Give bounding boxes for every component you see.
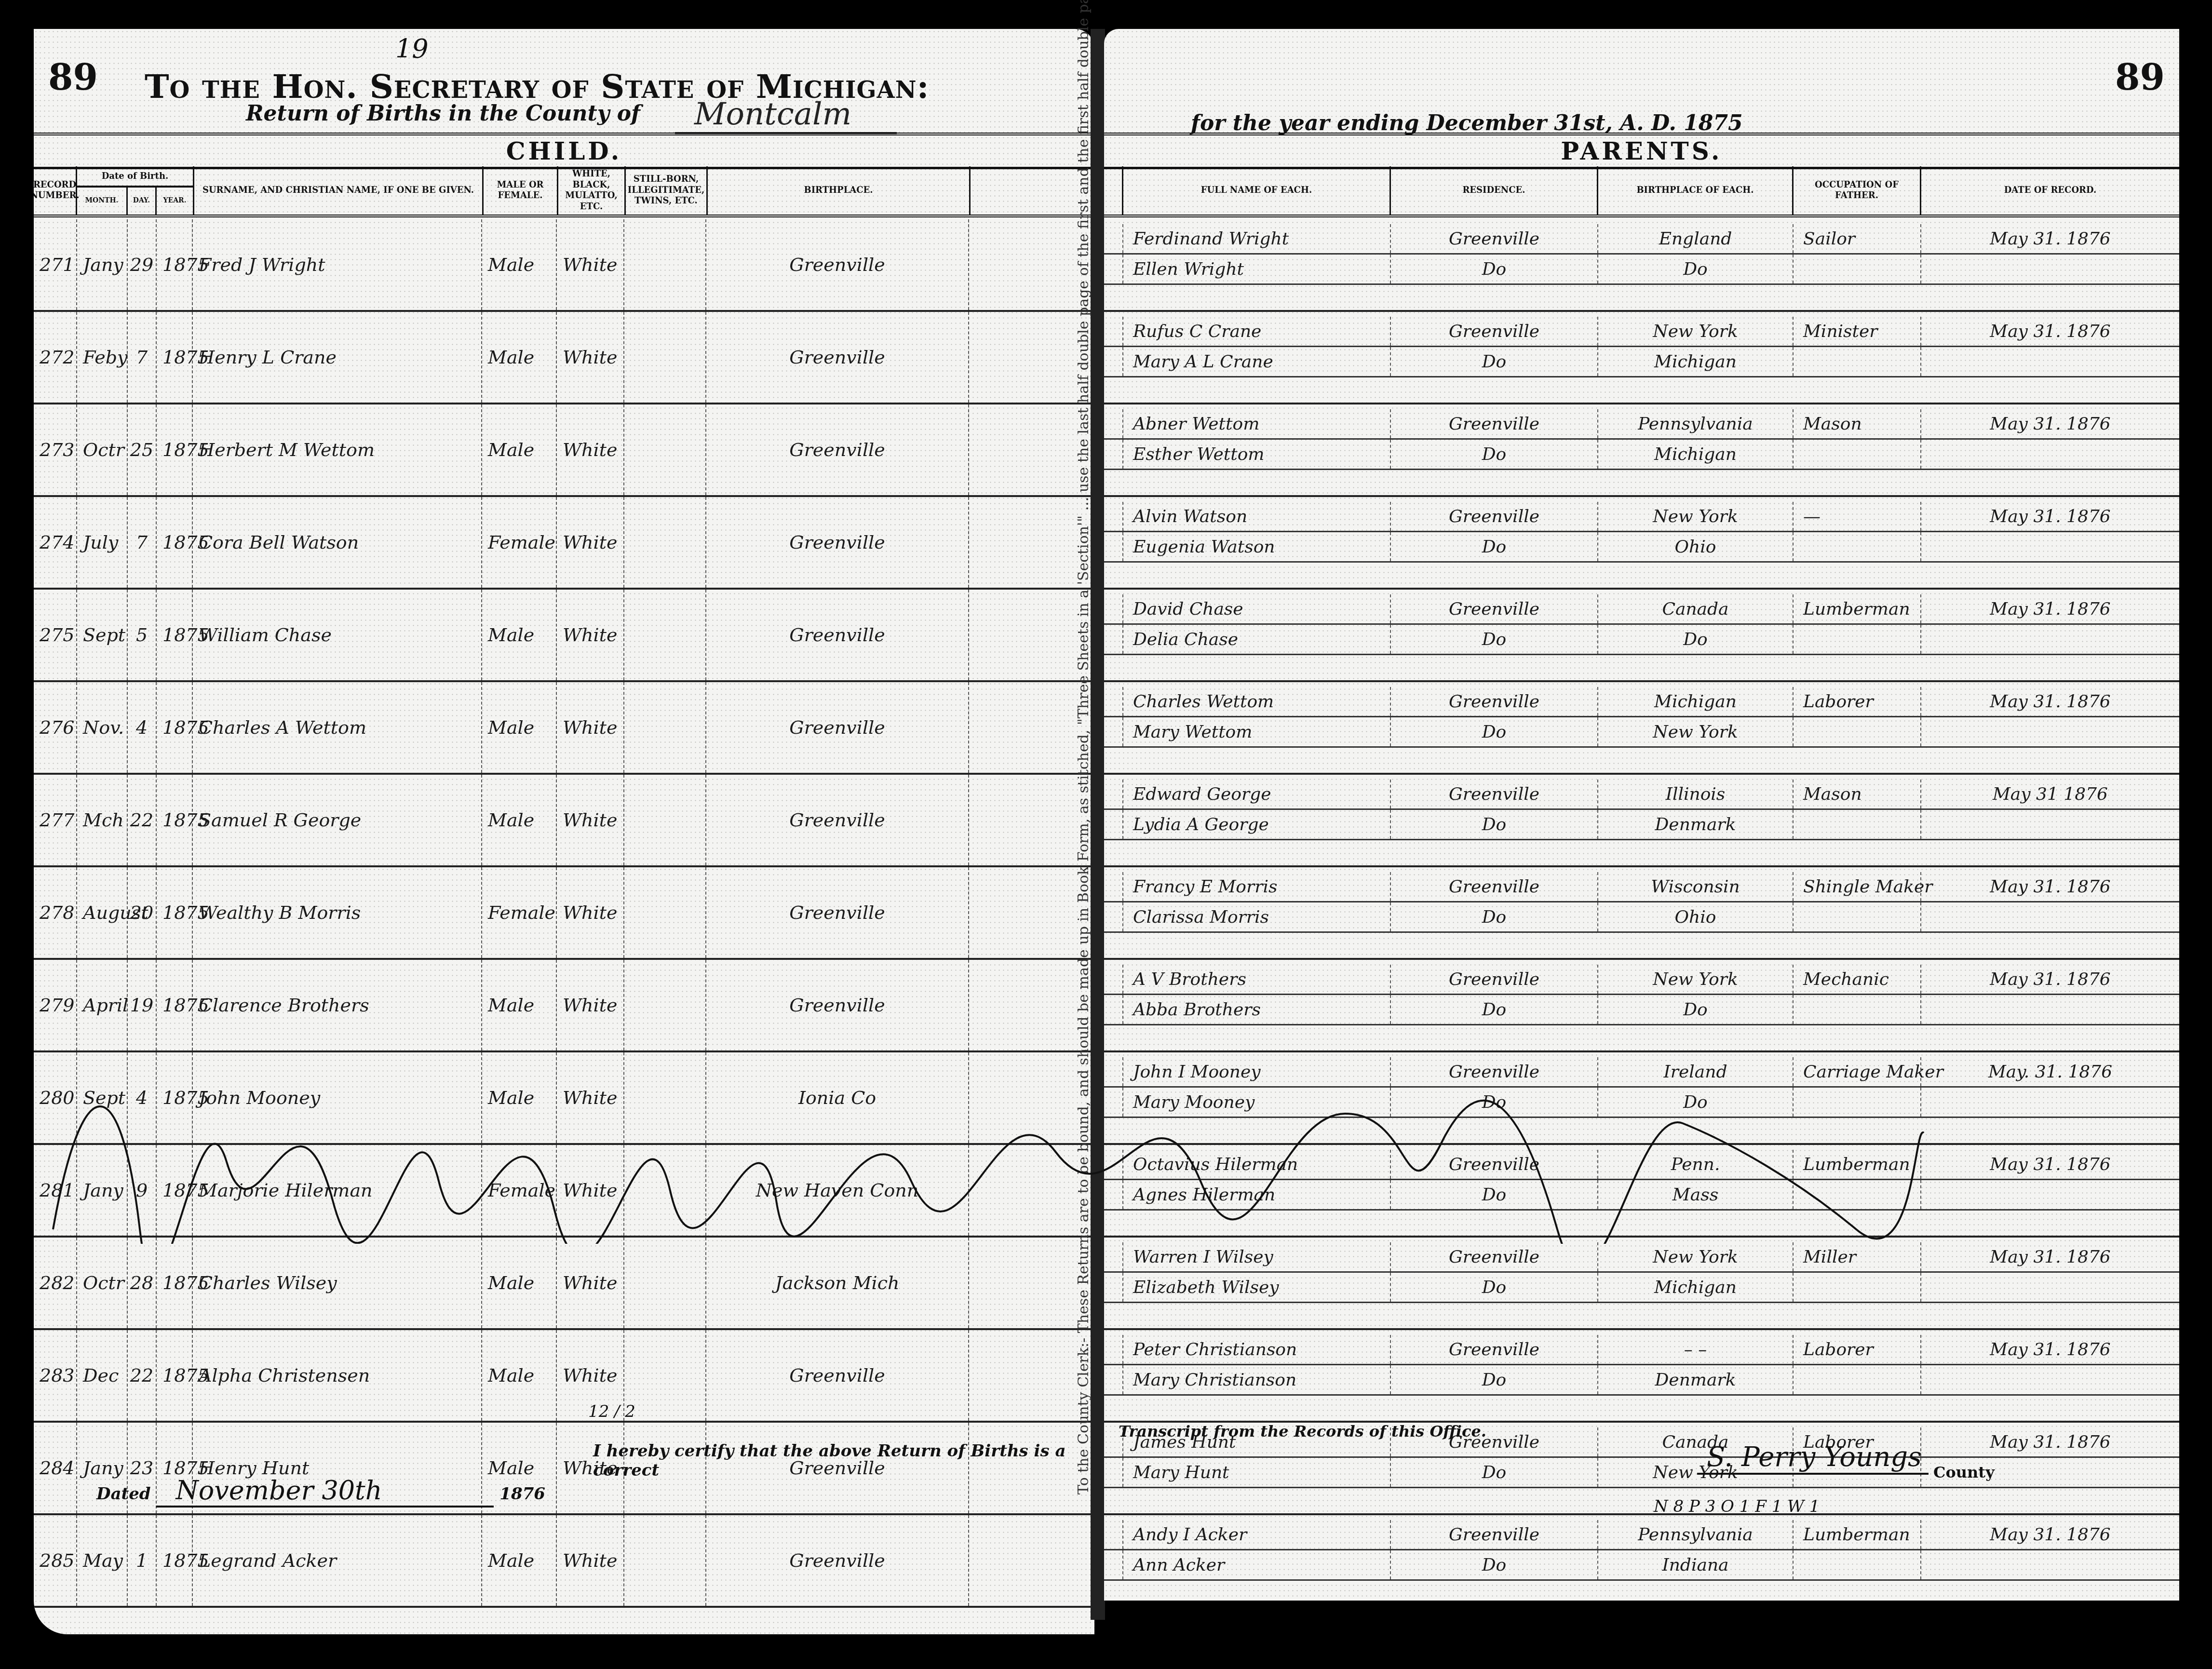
race: White bbox=[557, 312, 624, 403]
child-birthplace: Greenville bbox=[706, 867, 969, 958]
sex: Male bbox=[482, 775, 557, 865]
father-occupation: Lumberman bbox=[1794, 1150, 1921, 1179]
record-number: 284 bbox=[34, 1423, 77, 1513]
mother-name: Mary A L Crane bbox=[1123, 347, 1391, 376]
father-residence: Greenville bbox=[1391, 1150, 1598, 1179]
mother-line: Mary ChristiansonDoDenmark bbox=[1104, 1365, 2179, 1396]
birth-year: 1875 bbox=[157, 682, 193, 773]
parents-section-header: PARENTS. bbox=[1104, 133, 2179, 169]
col-race: White, Black, Mulatto, Etc. bbox=[558, 166, 626, 215]
status bbox=[624, 219, 706, 310]
date-of-record: May 31. 1876 bbox=[1921, 965, 2179, 994]
child-birthplace: Ionia Co bbox=[706, 1052, 969, 1143]
father-residence: Greenville bbox=[1391, 872, 1598, 901]
father-name: Peter Christianson bbox=[1123, 1335, 1391, 1364]
child-birthplace: Greenville bbox=[706, 682, 969, 773]
record-number: 274 bbox=[34, 497, 77, 588]
birth-month: Octr bbox=[77, 404, 128, 495]
child-name: Charles Wilsey bbox=[193, 1238, 482, 1328]
dated-value: November 30th bbox=[156, 1475, 494, 1507]
father-line: Charles WettomGreenvilleMichiganLaborerM… bbox=[1104, 687, 2179, 717]
sex: Male bbox=[482, 312, 557, 403]
record-number: 275 bbox=[34, 590, 77, 680]
col-surname: Surname, and Christian name, if one be g… bbox=[194, 166, 484, 215]
col-parent-name: Full Name of Each. bbox=[1123, 166, 1391, 215]
parent-record-row: Octavius HilermanGreenvillePenn.Lumberma… bbox=[1104, 1145, 2179, 1238]
father-name: A V Brothers bbox=[1123, 965, 1391, 994]
mother-line: Elizabeth WilseyDoMichigan bbox=[1104, 1273, 2179, 1303]
mother-line: Ellen WrightDoDo bbox=[1104, 255, 2179, 285]
col-date-of-record: Date of Record. bbox=[1921, 166, 2179, 215]
status bbox=[624, 590, 706, 680]
sex: Male bbox=[482, 1238, 557, 1328]
race: White bbox=[557, 775, 624, 865]
mother-residence: Do bbox=[1391, 347, 1598, 376]
father-occupation: Carriage Maker bbox=[1794, 1057, 1921, 1086]
child-record-row: 275Sept51875William ChaseMaleWhiteGreenv… bbox=[34, 590, 1094, 682]
date-of-record: May 31. 1876 bbox=[1921, 1242, 2179, 1271]
father-name: John I Mooney bbox=[1123, 1057, 1391, 1086]
col-birthplace: Birthplace. bbox=[708, 166, 971, 215]
record-number: 283 bbox=[34, 1330, 77, 1421]
father-name: Charles Wettom bbox=[1123, 687, 1391, 716]
birth-day: 29 bbox=[128, 219, 157, 310]
birth-day: 22 bbox=[128, 775, 157, 865]
mother-residence: Do bbox=[1391, 810, 1598, 839]
child-name: Marjorie Hilerman bbox=[193, 1145, 482, 1236]
handwritten-page-mark: 19 bbox=[395, 34, 429, 64]
father-birthplace: England bbox=[1598, 224, 1794, 253]
father-birthplace: New York bbox=[1598, 317, 1794, 346]
birth-day: 28 bbox=[128, 1238, 157, 1328]
father-occupation: Sailor bbox=[1794, 224, 1921, 253]
father-birthplace: New York bbox=[1598, 502, 1794, 531]
col-occupation: Occupation of Father. bbox=[1794, 166, 1921, 215]
dated-year: 1876 bbox=[499, 1484, 545, 1504]
father-birthplace: Pennsylvania bbox=[1598, 409, 1794, 438]
birth-day: 25 bbox=[128, 404, 157, 495]
child-record-row: 279April191875Clarence BrothersMaleWhite… bbox=[34, 960, 1094, 1052]
status bbox=[624, 1515, 706, 1606]
father-line: Andy I AckerGreenvillePennsylvaniaLumber… bbox=[1104, 1520, 2179, 1550]
mother-birthplace: Ohio bbox=[1598, 902, 1794, 931]
birth-year: 1875 bbox=[157, 497, 193, 588]
father-line: Ferdinand WrightGreenvilleEnglandSailorM… bbox=[1104, 224, 2179, 255]
status bbox=[624, 497, 706, 588]
col-year: Year. bbox=[157, 188, 193, 215]
father-line: John I MooneyGreenvilleIrelandCarriage M… bbox=[1104, 1057, 2179, 1088]
father-birthplace: New York bbox=[1598, 965, 1794, 994]
father-birthplace: Wisconsin bbox=[1598, 872, 1794, 901]
birth-month: Jany bbox=[77, 219, 128, 310]
child-record-row: 272Feby71875Henry L CraneMaleWhiteGreenv… bbox=[34, 312, 1094, 404]
child-record-row: 283Dec221875Alpha ChristensenMaleWhiteGr… bbox=[34, 1330, 1094, 1423]
father-line: Abner WettomGreenvillePennsylvaniaMasonM… bbox=[1104, 409, 2179, 440]
child-birthplace: Greenville bbox=[706, 219, 969, 310]
certify-text: I hereby certify that the above Return o… bbox=[593, 1441, 1094, 1480]
child-name: John Mooney bbox=[193, 1052, 482, 1143]
child-birthplace: Greenville bbox=[706, 590, 969, 680]
father-occupation: Laborer bbox=[1794, 687, 1921, 716]
race: White bbox=[557, 960, 624, 1050]
father-name: Warren I Wilsey bbox=[1123, 1242, 1391, 1271]
record-number: 277 bbox=[34, 775, 77, 865]
birth-month: May bbox=[77, 1515, 128, 1606]
child-birthplace: Jackson Mich bbox=[706, 1238, 969, 1328]
status bbox=[624, 682, 706, 773]
status bbox=[624, 1052, 706, 1143]
year-ending-line: for the year ending December 31st, A. D.… bbox=[1191, 111, 1743, 135]
child-birthplace: Greenville bbox=[706, 497, 969, 588]
sex: Male bbox=[482, 219, 557, 310]
father-occupation: Mason bbox=[1794, 409, 1921, 438]
mother-residence: Do bbox=[1391, 532, 1598, 561]
child-name: Fred J Wright bbox=[193, 219, 482, 310]
father-name: Andy I Acker bbox=[1123, 1520, 1391, 1549]
parent-record-row: Alvin WatsonGreenvilleNew York—May 31. 1… bbox=[1104, 497, 2179, 590]
child-record-row: 285May11875Legrand AckerMaleWhiteGreenvi… bbox=[34, 1515, 1094, 1608]
child-birthplace: Greenville bbox=[706, 1515, 969, 1606]
birth-day: 19 bbox=[128, 960, 157, 1050]
father-name: Alvin Watson bbox=[1123, 502, 1391, 531]
dated-line: Dated November 30th 1876 bbox=[96, 1475, 545, 1507]
parent-record-row: Warren I WilseyGreenvilleNew YorkMillerM… bbox=[1104, 1238, 2179, 1330]
race: White bbox=[557, 1145, 624, 1236]
parent-record-row: Francy E MorrisGreenvilleWisconsinShingl… bbox=[1104, 867, 2179, 960]
record-number: 280 bbox=[34, 1052, 77, 1143]
sex: Female bbox=[482, 497, 557, 588]
mother-birthplace: Michigan bbox=[1598, 347, 1794, 376]
father-occupation: Lumberman bbox=[1794, 1520, 1921, 1549]
birth-month: July bbox=[77, 497, 128, 588]
col-residence: Residence. bbox=[1391, 166, 1598, 215]
birth-day: 4 bbox=[128, 682, 157, 773]
mother-name: Agnes Hilerman bbox=[1123, 1180, 1391, 1209]
col-day: Day. bbox=[128, 188, 157, 215]
mother-line: Ann AckerDoIndiana bbox=[1104, 1550, 2179, 1581]
race: White bbox=[557, 219, 624, 310]
race: White bbox=[557, 1238, 624, 1328]
sex: Male bbox=[482, 1052, 557, 1143]
father-residence: Greenville bbox=[1391, 1242, 1598, 1271]
record-number: 285 bbox=[34, 1515, 77, 1606]
mother-name: Mary Christianson bbox=[1123, 1365, 1391, 1394]
mother-line: Mary HuntDoNew York bbox=[1104, 1458, 2179, 1488]
father-residence: Greenville bbox=[1391, 594, 1598, 623]
record-number: 281 bbox=[34, 1145, 77, 1236]
father-birthplace: New York bbox=[1598, 1242, 1794, 1271]
child-record-row: 281Jany91875Marjorie HilermanFemaleWhite… bbox=[34, 1145, 1094, 1238]
mother-name: Mary Wettom bbox=[1123, 717, 1391, 746]
child-name: Legrand Acker bbox=[193, 1515, 482, 1606]
mother-birthplace: New York bbox=[1598, 717, 1794, 746]
mother-line: Clarissa MorrisDoOhio bbox=[1104, 902, 2179, 933]
birth-year: 1875 bbox=[157, 404, 193, 495]
mother-residence: Do bbox=[1391, 1550, 1598, 1579]
race: White bbox=[557, 867, 624, 958]
father-occupation: Mechanic bbox=[1794, 965, 1921, 994]
status bbox=[624, 960, 706, 1050]
child-record-row: 280Sept41875John MooneyMaleWhiteIonia Co bbox=[34, 1052, 1094, 1145]
child-name: Herbert M Wettom bbox=[193, 404, 482, 495]
date-of-record: May 31. 1876 bbox=[1921, 502, 2179, 531]
record-number: 278 bbox=[34, 867, 77, 958]
mother-birthplace: Indiana bbox=[1598, 1550, 1794, 1579]
mother-line: Lydia A GeorgeDoDenmark bbox=[1104, 810, 2179, 840]
date-of-record: May 31. 1876 bbox=[1921, 224, 2179, 253]
mother-name: Abba Brothers bbox=[1123, 995, 1391, 1024]
birth-month: Sept bbox=[77, 590, 128, 680]
county-label: County bbox=[1933, 1463, 1995, 1481]
child-record-row: 277Mch221875Samuel R GeorgeMaleWhiteGree… bbox=[34, 775, 1094, 867]
child-name: Cora Bell Watson bbox=[193, 497, 482, 588]
date-of-record: May. 31. 1876 bbox=[1921, 1057, 2179, 1086]
birth-month: Sept bbox=[77, 1052, 128, 1143]
record-number: 272 bbox=[34, 312, 77, 403]
mother-name: Mary Mooney bbox=[1123, 1088, 1391, 1117]
mother-line: Eugenia WatsonDoOhio bbox=[1104, 532, 2179, 563]
record-number: 279 bbox=[34, 960, 77, 1050]
child-name: Alpha Christensen bbox=[193, 1330, 482, 1421]
mother-birthplace: Do bbox=[1598, 995, 1794, 1024]
child-rows: 271Jany291875Fred J WrightMaleWhiteGreen… bbox=[34, 219, 1094, 1608]
mother-birthplace: Mass bbox=[1598, 1180, 1794, 1209]
child-record-row: 271Jany291875Fred J WrightMaleWhiteGreen… bbox=[34, 219, 1094, 312]
race: White bbox=[557, 682, 624, 773]
father-name: Abner Wettom bbox=[1123, 409, 1391, 438]
child-name: William Chase bbox=[193, 590, 482, 680]
race: White bbox=[557, 590, 624, 680]
mother-line: Mary A L CraneDoMichigan bbox=[1104, 347, 2179, 377]
mother-residence: Do bbox=[1391, 995, 1598, 1024]
birth-day: 7 bbox=[128, 497, 157, 588]
mother-line: Delia ChaseDoDo bbox=[1104, 625, 2179, 655]
mother-name: Ellen Wright bbox=[1123, 255, 1391, 283]
date-of-record: May 31. 1876 bbox=[1921, 1520, 2179, 1549]
right-tally: N 8 P 3 O 1 F 1 W 1 bbox=[1654, 1497, 1820, 1516]
record-number: 282 bbox=[34, 1238, 77, 1328]
father-occupation: — bbox=[1794, 502, 1921, 531]
father-line: Alvin WatsonGreenvilleNew York—May 31. 1… bbox=[1104, 502, 2179, 532]
birth-month: August bbox=[77, 867, 128, 958]
mother-residence: Do bbox=[1391, 902, 1598, 931]
child-birthplace: Greenville bbox=[706, 1330, 969, 1421]
mother-name: Eugenia Watson bbox=[1123, 532, 1391, 561]
parent-record-row: Peter ChristiansonGreenville– –LaborerMa… bbox=[1104, 1330, 2179, 1423]
date-of-record: May 31. 1876 bbox=[1921, 594, 2179, 623]
mother-residence: Do bbox=[1391, 1088, 1598, 1117]
father-birthplace: Michigan bbox=[1598, 687, 1794, 716]
sex: Male bbox=[482, 590, 557, 680]
record-number: 273 bbox=[34, 404, 77, 495]
father-occupation: Miller bbox=[1794, 1242, 1921, 1271]
father-line: David ChaseGreenvilleCanadaLumbermanMay … bbox=[1104, 594, 2179, 625]
mother-birthplace: Do bbox=[1598, 1088, 1794, 1117]
father-residence: Greenville bbox=[1391, 409, 1598, 438]
father-birthplace: Ireland bbox=[1598, 1057, 1794, 1086]
date-of-record: May 31. 1876 bbox=[1921, 872, 2179, 901]
father-line: Rufus C CraneGreenvilleNew YorkMinisterM… bbox=[1104, 317, 2179, 347]
col-record-number: Record Number. bbox=[34, 166, 77, 215]
child-birthplace: New Haven Conn bbox=[706, 1145, 969, 1236]
child-name: Henry L Crane bbox=[193, 312, 482, 403]
child-name: Charles A Wettom bbox=[193, 682, 482, 773]
father-occupation: Laborer bbox=[1794, 1335, 1921, 1364]
father-occupation: Minister bbox=[1794, 317, 1921, 346]
child-record-row: 273Octr251875Herbert M WettomMaleWhiteGr… bbox=[34, 404, 1094, 497]
mother-residence: Do bbox=[1391, 717, 1598, 746]
race: White bbox=[557, 404, 624, 495]
sex: Female bbox=[482, 867, 557, 958]
birth-year: 1875 bbox=[157, 1052, 193, 1143]
col-date-of-birth: Date of Birth. Month. Day. Year. bbox=[77, 166, 194, 215]
birth-month: Mch bbox=[77, 775, 128, 865]
col-parent-birthplace: Birthplace of Each. bbox=[1598, 166, 1794, 215]
dated-label: Dated bbox=[96, 1484, 151, 1504]
father-residence: Greenville bbox=[1391, 1057, 1598, 1086]
birth-month: Dec bbox=[77, 1330, 128, 1421]
birth-year: 1875 bbox=[157, 1330, 193, 1421]
birth-month: Feby bbox=[77, 312, 128, 403]
parents-column-headers: Full Name of Each. Residence. Birthplace… bbox=[1104, 166, 2179, 217]
birth-year: 1875 bbox=[157, 960, 193, 1050]
mother-name: Delia Chase bbox=[1123, 625, 1391, 654]
mother-birthplace: Denmark bbox=[1598, 1365, 1794, 1394]
birth-day: 7 bbox=[128, 312, 157, 403]
father-line: Warren I WilseyGreenvilleNew YorkMillerM… bbox=[1104, 1242, 2179, 1273]
mother-residence: Do bbox=[1391, 440, 1598, 469]
sex: Male bbox=[482, 1515, 557, 1606]
father-birthplace: – – bbox=[1598, 1335, 1794, 1364]
birth-day: 1 bbox=[128, 1515, 157, 1606]
col-month: Month. bbox=[77, 188, 128, 215]
race: White bbox=[557, 497, 624, 588]
mother-birthplace: Michigan bbox=[1598, 440, 1794, 469]
child-name: Samuel R George bbox=[193, 775, 482, 865]
birth-year: 1875 bbox=[157, 1238, 193, 1328]
mother-line: Agnes HilermanDoMass bbox=[1104, 1180, 2179, 1211]
child-birthplace: Greenville bbox=[706, 312, 969, 403]
father-line: A V BrothersGreenvilleNew YorkMechanicMa… bbox=[1104, 965, 2179, 995]
mother-line: Esther WettomDoMichigan bbox=[1104, 440, 2179, 470]
sex: Male bbox=[482, 960, 557, 1050]
status bbox=[624, 404, 706, 495]
father-occupation: Mason bbox=[1794, 780, 1921, 808]
birth-year: 1875 bbox=[157, 1515, 193, 1606]
parent-record-row: A V BrothersGreenvilleNew YorkMechanicMa… bbox=[1104, 960, 2179, 1052]
child-name: Clarence Brothers bbox=[193, 960, 482, 1050]
father-residence: Greenville bbox=[1391, 502, 1598, 531]
birth-year: 1875 bbox=[157, 867, 193, 958]
birth-year: 1875 bbox=[157, 219, 193, 310]
status bbox=[624, 867, 706, 958]
status bbox=[624, 1330, 706, 1421]
parent-record-row: Andy I AckerGreenvillePennsylvaniaLumber… bbox=[1104, 1515, 2179, 1601]
mother-name: Ann Acker bbox=[1123, 1550, 1391, 1579]
birth-month: April bbox=[77, 960, 128, 1050]
date-of-record: May 31. 1876 bbox=[1921, 687, 2179, 716]
birth-year: 1875 bbox=[157, 312, 193, 403]
birth-year: 1875 bbox=[157, 590, 193, 680]
father-birthplace: Pennsylvania bbox=[1598, 1520, 1794, 1549]
mother-residence: Do bbox=[1391, 255, 1598, 283]
father-residence: Greenville bbox=[1391, 687, 1598, 716]
father-residence: Greenville bbox=[1391, 965, 1598, 994]
father-name: Edward George bbox=[1123, 780, 1391, 808]
birth-day: 22 bbox=[128, 1330, 157, 1421]
father-line: Octavius HilermanGreenvillePenn.Lumberma… bbox=[1104, 1150, 2179, 1180]
father-birthplace: Penn. bbox=[1598, 1150, 1794, 1179]
mother-line: Mary MooneyDoDo bbox=[1104, 1088, 2179, 1118]
child-birthplace: Greenville bbox=[706, 960, 969, 1050]
birth-day: 5 bbox=[128, 590, 157, 680]
date-of-record: May 31. 1876 bbox=[1921, 317, 2179, 346]
child-name: Wealthy B Morris bbox=[193, 867, 482, 958]
father-line: Peter ChristiansonGreenville– –LaborerMa… bbox=[1104, 1335, 2179, 1365]
clerk-signature: S. Perry Youngs bbox=[1697, 1441, 1929, 1475]
mother-residence: Do bbox=[1391, 1458, 1598, 1487]
father-residence: Greenville bbox=[1391, 317, 1598, 346]
parent-record-row: Charles WettomGreenvilleMichiganLaborerM… bbox=[1104, 682, 2179, 775]
county-field: Montcalm bbox=[675, 96, 897, 134]
child-section-header: CHILD. bbox=[34, 133, 1094, 169]
father-name: Rufus C Crane bbox=[1123, 317, 1391, 346]
child-record-row: 282Octr281875Charles WilseyMaleWhiteJack… bbox=[34, 1238, 1094, 1330]
mother-residence: Do bbox=[1391, 1365, 1598, 1394]
father-line: Edward GeorgeGreenvilleIllinoisMasonMay … bbox=[1104, 780, 2179, 810]
date-of-record: May 31. 1876 bbox=[1921, 1427, 2179, 1456]
race: White bbox=[557, 1515, 624, 1606]
mother-line: Abba BrothersDoDo bbox=[1104, 995, 2179, 1025]
parent-rows: Ferdinand WrightGreenvilleEnglandSailorM… bbox=[1104, 219, 2179, 1601]
return-subtitle: Return of Births in the County of bbox=[246, 101, 640, 126]
father-occupation: Shingle Maker bbox=[1794, 872, 1921, 901]
child-record-row: 278August201875Wealthy B MorrisFemaleWhi… bbox=[34, 867, 1094, 960]
father-name: Francy E Morris bbox=[1123, 872, 1391, 901]
father-birthplace: Canada bbox=[1598, 594, 1794, 623]
birth-month: Nov. bbox=[77, 682, 128, 773]
father-residence: Greenville bbox=[1391, 1335, 1598, 1364]
race: White bbox=[557, 1052, 624, 1143]
sex: Male bbox=[482, 1330, 557, 1421]
birth-month: Octr bbox=[77, 1238, 128, 1328]
record-number: 271 bbox=[34, 219, 77, 310]
child-birthplace: Greenville bbox=[706, 775, 969, 865]
parent-record-row: David ChaseGreenvilleCanadaLumbermanMay … bbox=[1104, 590, 2179, 682]
mother-birthplace: Ohio bbox=[1598, 532, 1794, 561]
status bbox=[624, 1238, 706, 1328]
mother-name: Esther Wettom bbox=[1123, 440, 1391, 469]
col-status: Still-born, Illegitimate, Twins, Etc. bbox=[626, 166, 708, 215]
mother-birthplace: Michigan bbox=[1598, 1273, 1794, 1302]
mother-name: Lydia A George bbox=[1123, 810, 1391, 839]
father-residence: Greenville bbox=[1391, 224, 1598, 253]
parent-record-row: Ferdinand WrightGreenvilleEnglandSailorM… bbox=[1104, 219, 2179, 312]
mother-residence: Do bbox=[1391, 1180, 1598, 1209]
birth-day: 20 bbox=[128, 867, 157, 958]
page-number-left: 89 bbox=[48, 57, 98, 98]
date-of-record: May 31. 1876 bbox=[1921, 1150, 2179, 1179]
mother-birthplace: Denmark bbox=[1598, 810, 1794, 839]
status bbox=[624, 312, 706, 403]
father-line: Francy E MorrisGreenvilleWisconsinShingl… bbox=[1104, 872, 2179, 902]
birth-year: 1875 bbox=[157, 775, 193, 865]
date-of-record: May 31. 1876 bbox=[1921, 409, 2179, 438]
child-record-row: 274July71875Cora Bell WatsonFemaleWhiteG… bbox=[34, 497, 1094, 590]
gutter-instructions: To the County Clerk:- These Returns are … bbox=[1075, 145, 1094, 1494]
father-name: David Chase bbox=[1123, 594, 1391, 623]
mother-line: Mary WettomDoNew York bbox=[1104, 717, 2179, 748]
